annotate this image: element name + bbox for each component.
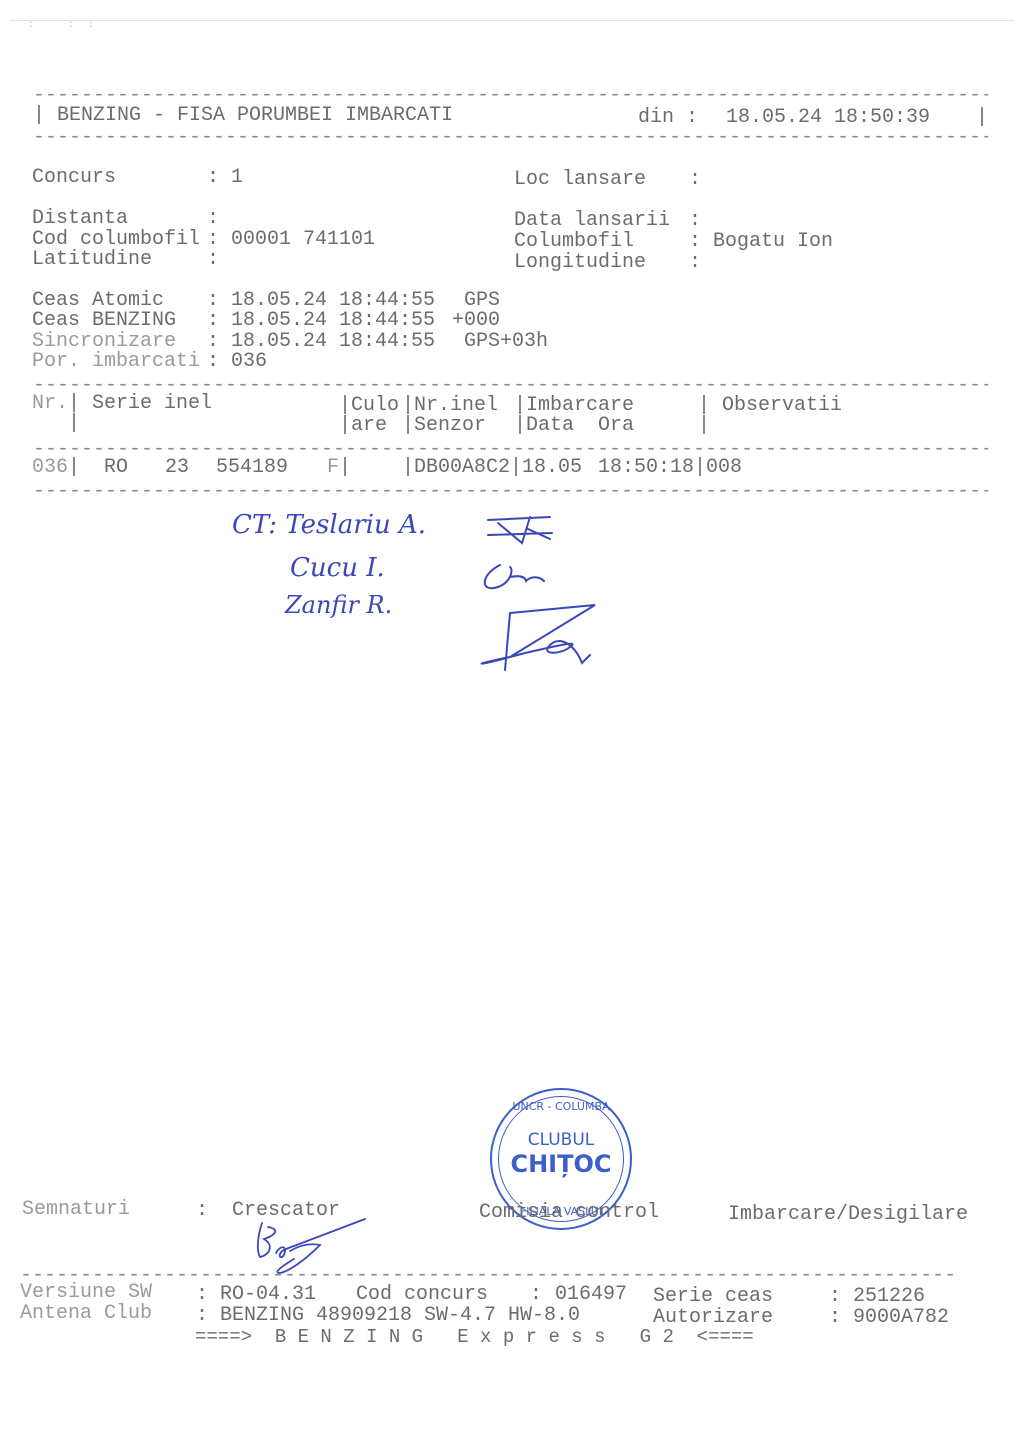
versiune-sw-label: Versiune SW bbox=[20, 1283, 152, 1303]
data-lansarii-label: Data lansarii bbox=[514, 211, 670, 231]
document-title: BENZING - FISA PORUMBEI IMBARCATI bbox=[57, 106, 453, 126]
distanta-label: Distanta bbox=[32, 209, 128, 229]
header-bottom-rule: ----------------------------------------… bbox=[33, 128, 988, 148]
row-nr: 036 bbox=[32, 458, 68, 478]
din-value: 18.05.24 18:50:39 bbox=[726, 108, 930, 128]
benzing-express-banner: ====> B E N Z I N G E x p r e s s G 2 <=… bbox=[195, 1327, 754, 1347]
colon: : bbox=[207, 209, 219, 229]
col-sep: | bbox=[68, 458, 80, 478]
col-header-culoare: Culo bbox=[351, 396, 399, 416]
sincronizare-value: 18.05.24 18:44:55 bbox=[231, 332, 435, 352]
row-observatii: 008 bbox=[706, 458, 742, 478]
colon: : bbox=[207, 168, 219, 188]
autorizare-value: 9000A782 bbox=[853, 1308, 949, 1328]
concurs-value: 1 bbox=[231, 168, 243, 188]
col-header-imbarcare: Imbarcare bbox=[526, 396, 634, 416]
serie-ceas-value: 251226 bbox=[853, 1287, 925, 1307]
col-header-culoare-2: are bbox=[351, 416, 387, 436]
scan-edge-line bbox=[10, 20, 1014, 21]
handwritten-line-1: CT: Teslariu A. bbox=[232, 510, 426, 540]
colon: : bbox=[689, 211, 701, 231]
antena-club-value: BENZING 48909218 SW-4.7 HW-8.0 bbox=[220, 1306, 580, 1326]
row-date: 18.05 bbox=[522, 458, 582, 478]
col-header-data-ora: Data Ora bbox=[526, 416, 634, 436]
col-sep: | bbox=[694, 458, 706, 478]
col-sep: | bbox=[339, 416, 351, 436]
colon: : bbox=[829, 1308, 841, 1328]
longitudine-label: Longitudine bbox=[514, 253, 646, 273]
ceas-atomic-suffix: GPS bbox=[464, 291, 500, 311]
din-label: din : bbox=[638, 108, 698, 128]
footer-top-rule: ----------------------------------------… bbox=[20, 1266, 975, 1286]
signature-marks-icon bbox=[470, 505, 620, 680]
columbofil-label: Columbofil bbox=[514, 232, 634, 252]
table-bottom-rule: ----------------------------------------… bbox=[33, 482, 988, 502]
colon: : bbox=[196, 1306, 208, 1326]
col-sep: | bbox=[402, 416, 414, 436]
col-header-serie-inel: Serie inel bbox=[92, 394, 212, 414]
row-sex: F bbox=[327, 458, 339, 478]
stamp-top-text: UNCR - COLUMBA bbox=[492, 1100, 630, 1113]
colon: : bbox=[530, 1285, 542, 1305]
por-imbarcati-value: 036 bbox=[231, 352, 267, 372]
colon: : bbox=[829, 1287, 841, 1307]
ceas-benzing-value: 18.05.24 18:44:55 bbox=[231, 311, 435, 331]
cod-concurs-label: Cod concurs bbox=[356, 1285, 488, 1305]
colon: : bbox=[207, 230, 219, 250]
col-header-nr-inel: Nr.inel bbox=[414, 396, 498, 416]
colon: : bbox=[207, 291, 219, 311]
row-year: 23 bbox=[165, 458, 189, 478]
cod-concurs-value: 016497 bbox=[555, 1285, 627, 1305]
header-top-rule: ----------------------------------------… bbox=[33, 86, 988, 106]
col-header-nr: Nr. bbox=[32, 394, 68, 414]
col-sep: | bbox=[514, 416, 526, 436]
col-sep: | bbox=[402, 458, 414, 478]
ceas-benzing-suffix: +000 bbox=[452, 311, 500, 331]
semnaturi-label: Semnaturi bbox=[22, 1200, 130, 1220]
row-ring: 554189 bbox=[216, 458, 288, 478]
col-header-observatii: Observatii bbox=[722, 396, 842, 416]
handwritten-line-3: Zanfir R. bbox=[285, 591, 392, 619]
imbarcare-desigilare-label: Imbarcare/Desigilare bbox=[728, 1205, 968, 1225]
colon: : bbox=[689, 253, 701, 273]
col-sep: | bbox=[68, 414, 80, 434]
col-sep: | bbox=[514, 396, 526, 416]
scan-specks: : :: bbox=[28, 20, 108, 31]
concurs-label: Concurs bbox=[32, 168, 116, 188]
stamp-line-2: CHIȚOC bbox=[492, 1150, 630, 1178]
ceas-benzing-label: Ceas BENZING bbox=[32, 311, 176, 331]
sincronizare-label: Sincronizare bbox=[32, 332, 176, 352]
col-sep: | bbox=[698, 396, 710, 416]
row-sensor: DB00A8C2 bbox=[414, 458, 510, 478]
header-left-bar: | bbox=[33, 106, 45, 126]
serie-ceas-label: Serie ceas bbox=[653, 1287, 773, 1307]
colon: : bbox=[196, 1285, 208, 1305]
stamp-line-1: CLUBUL bbox=[492, 1130, 630, 1150]
latitudine-label: Latitudine bbox=[32, 250, 152, 270]
colon: : bbox=[207, 352, 219, 372]
col-header-senzor: Senzor bbox=[414, 416, 486, 436]
sincronizare-suffix: GPS+03h bbox=[464, 332, 548, 352]
versiune-sw-value: RO-04.31 bbox=[220, 1285, 316, 1305]
col-sep: | bbox=[68, 394, 80, 414]
autorizare-label: Autorizare bbox=[653, 1308, 773, 1328]
col-sep: | bbox=[510, 458, 522, 478]
antena-club-label: Antena Club bbox=[20, 1304, 152, 1324]
loc-lansare-label: Loc lansare bbox=[514, 170, 646, 190]
por-imbarcati-label: Por. imbarcati bbox=[32, 352, 200, 372]
ceas-atomic-value: 18.05.24 18:44:55 bbox=[231, 291, 435, 311]
col-sep: | bbox=[339, 396, 351, 416]
ceas-atomic-label: Ceas Atomic bbox=[32, 291, 164, 311]
cod-columbofil-label: Cod columbofil bbox=[32, 230, 200, 250]
colon: : bbox=[207, 311, 219, 331]
row-time: 18:50:18 bbox=[598, 458, 694, 478]
comisia-control-label: Comisia control bbox=[479, 1203, 659, 1223]
colon: : bbox=[689, 170, 701, 190]
cod-columbofil-value: 00001 741101 bbox=[231, 230, 375, 250]
header-right-bar: | bbox=[976, 108, 988, 128]
col-sep: | bbox=[402, 396, 414, 416]
columbofil-value: Bogatu Ion bbox=[713, 232, 833, 252]
col-sep: | bbox=[339, 458, 351, 478]
col-sep: | bbox=[698, 416, 710, 436]
colon: : bbox=[207, 332, 219, 352]
colon: : bbox=[689, 232, 701, 252]
handwritten-line-2: Cucu I. bbox=[290, 553, 385, 583]
row-country: RO bbox=[104, 458, 128, 478]
colon: : bbox=[207, 250, 219, 270]
colon: : bbox=[196, 1201, 208, 1221]
